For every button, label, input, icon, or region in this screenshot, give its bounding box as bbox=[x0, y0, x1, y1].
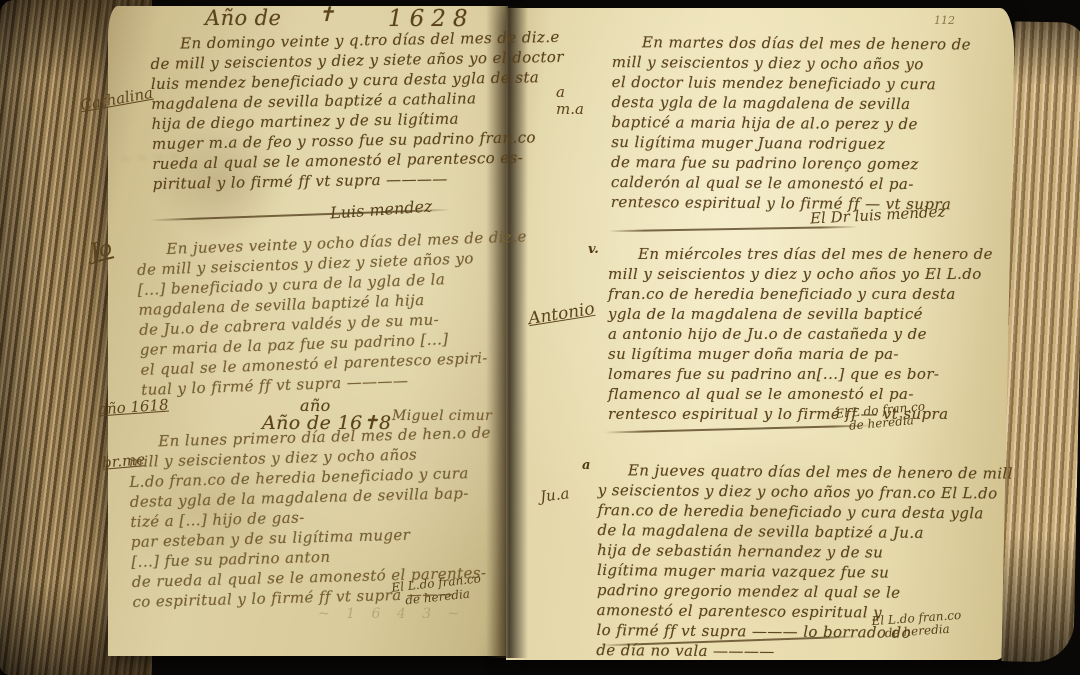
manuscript-line: el doctor luis mendez beneficiado y cura bbox=[612, 72, 971, 95]
baptism-entry: En martes dos días del mes de henero dem… bbox=[611, 32, 971, 215]
margin-note-maria: a m.a bbox=[556, 84, 584, 118]
right-page-edges bbox=[1001, 21, 1080, 662]
manuscript-line: desta ygla de la magdalena de sevilla bbox=[611, 92, 970, 115]
manuscript-line: ygla de la magdalena de sevilla bapticé bbox=[608, 304, 993, 324]
margin-line: a bbox=[556, 84, 584, 101]
year-header-label: Año de bbox=[205, 6, 281, 30]
year-heading-extra: Miguel cimur bbox=[392, 408, 492, 424]
manuscript-line: su ligítima muger Juana rodriguez bbox=[611, 132, 970, 155]
manuscript-line: flamenco al qual se le amonestó el pa- bbox=[608, 384, 993, 404]
manuscript-line: fran.co de heredia beneficiado y cura de… bbox=[608, 284, 993, 304]
margin-line: m.a bbox=[556, 101, 584, 118]
manuscript-line: mill y seiscientos y diez y ocho años yo… bbox=[608, 264, 993, 284]
manuscript-photo: — — — — — — ~ ~ ~ ~ Año de ✝ 1628 112 Ca… bbox=[0, 0, 1080, 675]
cross-mark: ✝ bbox=[318, 2, 335, 26]
manuscript-line: a antonio hijo de Ju.o de castañeda y de bbox=[608, 324, 993, 344]
baptism-entry: En domingo veinte y q.tro días del mes d… bbox=[150, 27, 566, 194]
manuscript-line: bapticé a maria hija de al.o perez y de bbox=[611, 112, 970, 135]
manuscript-line: En miércoles tres días del mes de henero… bbox=[608, 244, 993, 264]
manuscript-line: mill y seiscientos y diez y ocho años yo bbox=[612, 52, 971, 75]
manuscript-line: calderón al qual se le amonestó el pa- bbox=[611, 172, 970, 195]
faint-pencil-mark: ~ 1 6 4 3 ~ bbox=[318, 606, 465, 622]
margin-mark: v. bbox=[588, 242, 599, 257]
baptism-entry: En jueves veinte y ocho días del mes de … bbox=[136, 226, 532, 400]
margin-mark: a bbox=[582, 458, 590, 473]
baptism-entry: En miércoles tres días del mes de henero… bbox=[608, 244, 993, 424]
manuscript-line: de mara fue su padrino lorenço gomez bbox=[611, 152, 970, 175]
folio-number: 112 bbox=[934, 14, 955, 27]
margin-note-juana: Ju.a bbox=[539, 484, 570, 505]
manuscript-line: En martes dos días del mes de henero de bbox=[612, 32, 971, 55]
manuscript-line: lomares fue su padrino an[...] que es bo… bbox=[608, 364, 993, 384]
manuscript-line: su ligítima muger doña maria de pa- bbox=[608, 344, 993, 364]
manuscript-line: rentesco espiritual y lo firmé ff — vt s… bbox=[608, 404, 993, 424]
